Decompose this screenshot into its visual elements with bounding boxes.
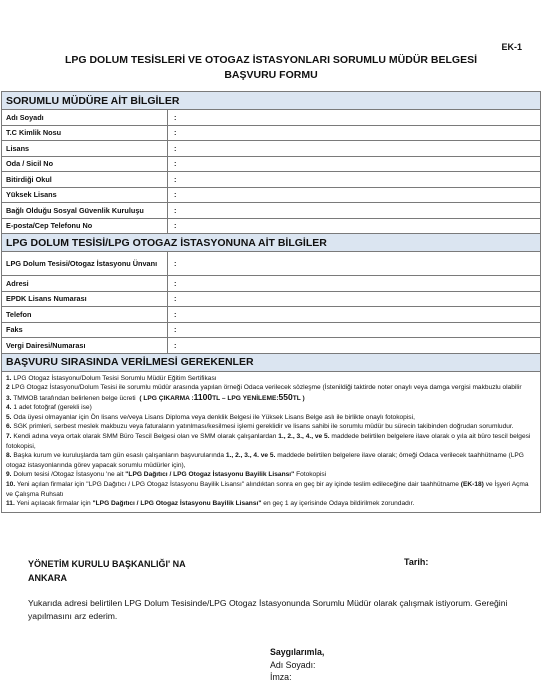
- requirement-text: SGK primleri, serbest meslek makbuzu vey…: [13, 423, 513, 430]
- requirement-number: 8.: [6, 452, 12, 459]
- recipient-line-1: YÖNETİM KURULU BAŞKANLIĞI' NA: [28, 557, 186, 571]
- section-header-manager: SORUMLU MÜDÜRE AİT BİLGİLER: [2, 92, 541, 110]
- field-value-license[interactable]: :: [168, 141, 541, 157]
- field-label: Telefon: [2, 307, 168, 323]
- requirement-number: 11.: [6, 500, 15, 507]
- date-label: Tarih:: [404, 557, 428, 567]
- field-label: Bağlı Olduğu Sosyal Güvenlik Kuruluşu: [2, 203, 168, 219]
- field-value-email-phone[interactable]: :: [168, 218, 541, 234]
- requirement-text: Yeni açılacak firmalar için: [17, 500, 93, 507]
- fee-prefix: ( LPG ÇIKARMA :: [139, 395, 193, 402]
- field-row-address[interactable]: Adresi :: [2, 276, 541, 292]
- requirement-text: Başka kurum ve kuruluşlarda tam gün esas…: [13, 452, 226, 459]
- requirement-bold: "LPG Dağıtıcı / LPG Otogaz İstasyonu Bay…: [125, 471, 294, 478]
- requirement-item: 1. LPG Otogaz İstasyonu/Dolum Tesisi Sor…: [6, 374, 536, 384]
- requirement-number: 1.: [6, 375, 12, 382]
- requirement-text: Oda üyesi olmayanlar için Ön lisans ve/v…: [13, 414, 415, 421]
- field-label: Lisans: [2, 141, 168, 157]
- letter-recipient: YÖNETİM KURULU BAŞKANLIĞI' NA ANKARA: [28, 557, 186, 585]
- requirement-text: LPG Otogaz İstasyonu/Dolum Tesisi Soruml…: [13, 375, 216, 382]
- requirements-list-row: 1. LPG Otogaz İstasyonu/Dolum Tesisi Sor…: [2, 371, 541, 512]
- section-heading: LPG DOLUM TESİSİ/LPG OTOGAZ İSTASYONUNA …: [2, 234, 541, 252]
- field-value-phone[interactable]: :: [168, 307, 541, 323]
- fee-renew-amount: 550: [279, 392, 293, 402]
- requirement-bold: 1., 2., 3., 4., ve 5.: [278, 433, 329, 440]
- field-value-masters[interactable]: :: [168, 187, 541, 203]
- requirement-item: 2 LPG Otogaz İstasyonu/Dolum Tesisi ile …: [6, 383, 536, 393]
- section-header-facility: LPG DOLUM TESİSİ/LPG OTOGAZ İSTASYONUNA …: [2, 234, 541, 252]
- title-line-2: BAŞVURU FORMU: [0, 68, 542, 83]
- fee-suffix: TL ): [293, 395, 305, 402]
- field-value-fax[interactable]: :: [168, 322, 541, 338]
- requirement-item: 11. Yeni açılacak firmalar için "LPG Dağ…: [6, 499, 536, 509]
- field-value-school[interactable]: :: [168, 172, 541, 188]
- section-heading: BAŞVURU SIRASINDA VERİLMESİ GEREKENLER: [2, 353, 541, 371]
- requirement-item: 5. Oda üyesi olmayanlar için Ön lisans v…: [6, 413, 536, 423]
- requirement-text: TMMOB tarafından belirlenen belge ücreti: [13, 395, 135, 402]
- field-label: Adı Soyadı: [2, 110, 168, 126]
- field-label: Oda / Sicil No: [2, 156, 168, 172]
- field-value-social-security[interactable]: :: [168, 203, 541, 219]
- field-label: EPDK Lisans Numarası: [2, 291, 168, 307]
- requirement-number: 3.: [6, 395, 12, 402]
- requirement-item: 4. 1 adet fotoğraf (gerekli ise): [6, 403, 536, 413]
- field-row-social-security[interactable]: Bağlı Olduğu Sosyal Güvenlik Kuruluşu :: [2, 203, 541, 219]
- field-label: Faks: [2, 322, 168, 338]
- requirement-number: 4.: [6, 404, 12, 411]
- requirement-text: Dolum tesisi /Otogaz İstasyonu 'ne ait: [13, 471, 125, 478]
- requirement-text: Yeni açılan firmalar için "LPG Dağıtıcı …: [17, 481, 461, 488]
- field-row-phone[interactable]: Telefon :: [2, 307, 541, 323]
- application-form-table: SORUMLU MÜDÜRE AİT BİLGİLER Adı Soyadı :…: [1, 91, 541, 513]
- requirement-bold: 1., 2., 3., 4. ve 5.: [226, 452, 276, 459]
- requirement-number: 6.: [6, 423, 12, 430]
- requirements-list: 1. LPG Otogaz İstasyonu/Dolum Tesisi Sor…: [2, 371, 541, 512]
- requirement-item: 10. Yeni açılan firmalar için "LPG Dağıt…: [6, 480, 536, 499]
- field-row-masters[interactable]: Yüksek Lisans :: [2, 187, 541, 203]
- field-label: Bitirdiği Okul: [2, 172, 168, 188]
- signer-name-label[interactable]: Adı Soyadı:: [270, 659, 324, 672]
- section-header-requirements: BAŞVURU SIRASINDA VERİLMESİ GEREKENLER: [2, 353, 541, 371]
- closing-text: Saygılarımla,: [270, 646, 324, 659]
- requirement-text: 1 adet fotoğraf (gerekli ise): [13, 404, 91, 411]
- annex-code: EK-1: [501, 42, 522, 52]
- requirement-item: 7. Kendi adına veya ortak olarak SMM Bür…: [6, 432, 536, 451]
- signature-block: Saygılarımla, Adı Soyadı: İmza:: [270, 646, 324, 684]
- requirement-number: 10.: [6, 481, 15, 488]
- field-row-fax[interactable]: Faks :: [2, 322, 541, 338]
- requirement-number: 2: [6, 384, 10, 391]
- field-row-chamber-registry[interactable]: Oda / Sicil No :: [2, 156, 541, 172]
- letter-body: Yukarıda adresi belirtilen LPG Dolum Tes…: [28, 597, 508, 623]
- field-value-name[interactable]: :: [168, 110, 541, 126]
- requirement-item: 3. TMMOB tarafından belirlenen belge ücr…: [6, 393, 536, 404]
- document-title: LPG DOLUM TESİSLERİ VE OTOGAZ İSTASYONLA…: [0, 53, 542, 83]
- field-label: E-posta/Cep Telefonu No: [2, 218, 168, 234]
- requirement-item: 9. Dolum tesisi /Otogaz İstasyonu 'ne ai…: [6, 470, 536, 480]
- title-line-1: LPG DOLUM TESİSLERİ VE OTOGAZ İSTASYONLA…: [0, 53, 542, 68]
- requirement-text: en geç 1 ay içerisinde Odaya bildirilmek…: [261, 500, 414, 507]
- requirement-item: 8. Başka kurum ve kuruluşlarda tam gün e…: [6, 451, 536, 470]
- requirement-number: 9.: [6, 471, 12, 478]
- field-row-facility-title[interactable]: LPG Dolum Tesisi/Otogaz İstasyonu Ünvanı…: [2, 252, 541, 276]
- field-value-tax-office[interactable]: :: [168, 338, 541, 354]
- recipient-line-2: ANKARA: [28, 571, 186, 585]
- field-label: T.C Kimlik Nosu: [2, 125, 168, 141]
- requirement-bold: "LPG Dağıtıcı / LPG Otogaz İstasyonu Bay…: [93, 500, 262, 507]
- field-row-tax-office[interactable]: Vergi Dairesi/Numarası :: [2, 338, 541, 354]
- field-value-facility-title[interactable]: :: [168, 252, 541, 276]
- signature-label[interactable]: İmza:: [270, 671, 324, 684]
- field-row-school[interactable]: Bitirdiği Okul :: [2, 172, 541, 188]
- field-label: Adresi: [2, 276, 168, 292]
- field-label: Yüksek Lisans: [2, 187, 168, 203]
- field-value-address[interactable]: :: [168, 276, 541, 292]
- requirement-number: 5.: [6, 414, 12, 421]
- field-row-epdk-license[interactable]: EPDK Lisans Numarası :: [2, 291, 541, 307]
- field-row-email-phone[interactable]: E-posta/Cep Telefonu No :: [2, 218, 541, 234]
- field-row-name[interactable]: Adı Soyadı :: [2, 110, 541, 126]
- requirement-text: LPG Otogaz İstasyonu/Dolum Tesisi ile so…: [12, 384, 522, 391]
- field-value-epdk-license[interactable]: :: [168, 291, 541, 307]
- field-value-tc-id[interactable]: :: [168, 125, 541, 141]
- requirement-text: Fotokopisi: [294, 471, 326, 478]
- requirement-text: Kendi adına veya ortak olarak SMM Büro T…: [13, 433, 278, 440]
- requirement-item: 6. SGK primleri, serbest meslek makbuzu …: [6, 422, 536, 432]
- field-row-tc-id[interactable]: T.C Kimlik Nosu :: [2, 125, 541, 141]
- field-row-license[interactable]: Lisans :: [2, 141, 541, 157]
- fee-mid: TL – LPG YENİLEME:: [212, 395, 278, 402]
- field-value-chamber-registry[interactable]: :: [168, 156, 541, 172]
- requirement-bold: (EK-18): [461, 481, 484, 488]
- section-heading: SORUMLU MÜDÜRE AİT BİLGİLER: [2, 92, 541, 110]
- requirement-number: 7.: [6, 433, 12, 440]
- field-label: Vergi Dairesi/Numarası: [2, 338, 168, 354]
- fee-new-amount: 1100: [194, 392, 212, 402]
- field-label: LPG Dolum Tesisi/Otogaz İstasyonu Ünvanı: [2, 252, 168, 276]
